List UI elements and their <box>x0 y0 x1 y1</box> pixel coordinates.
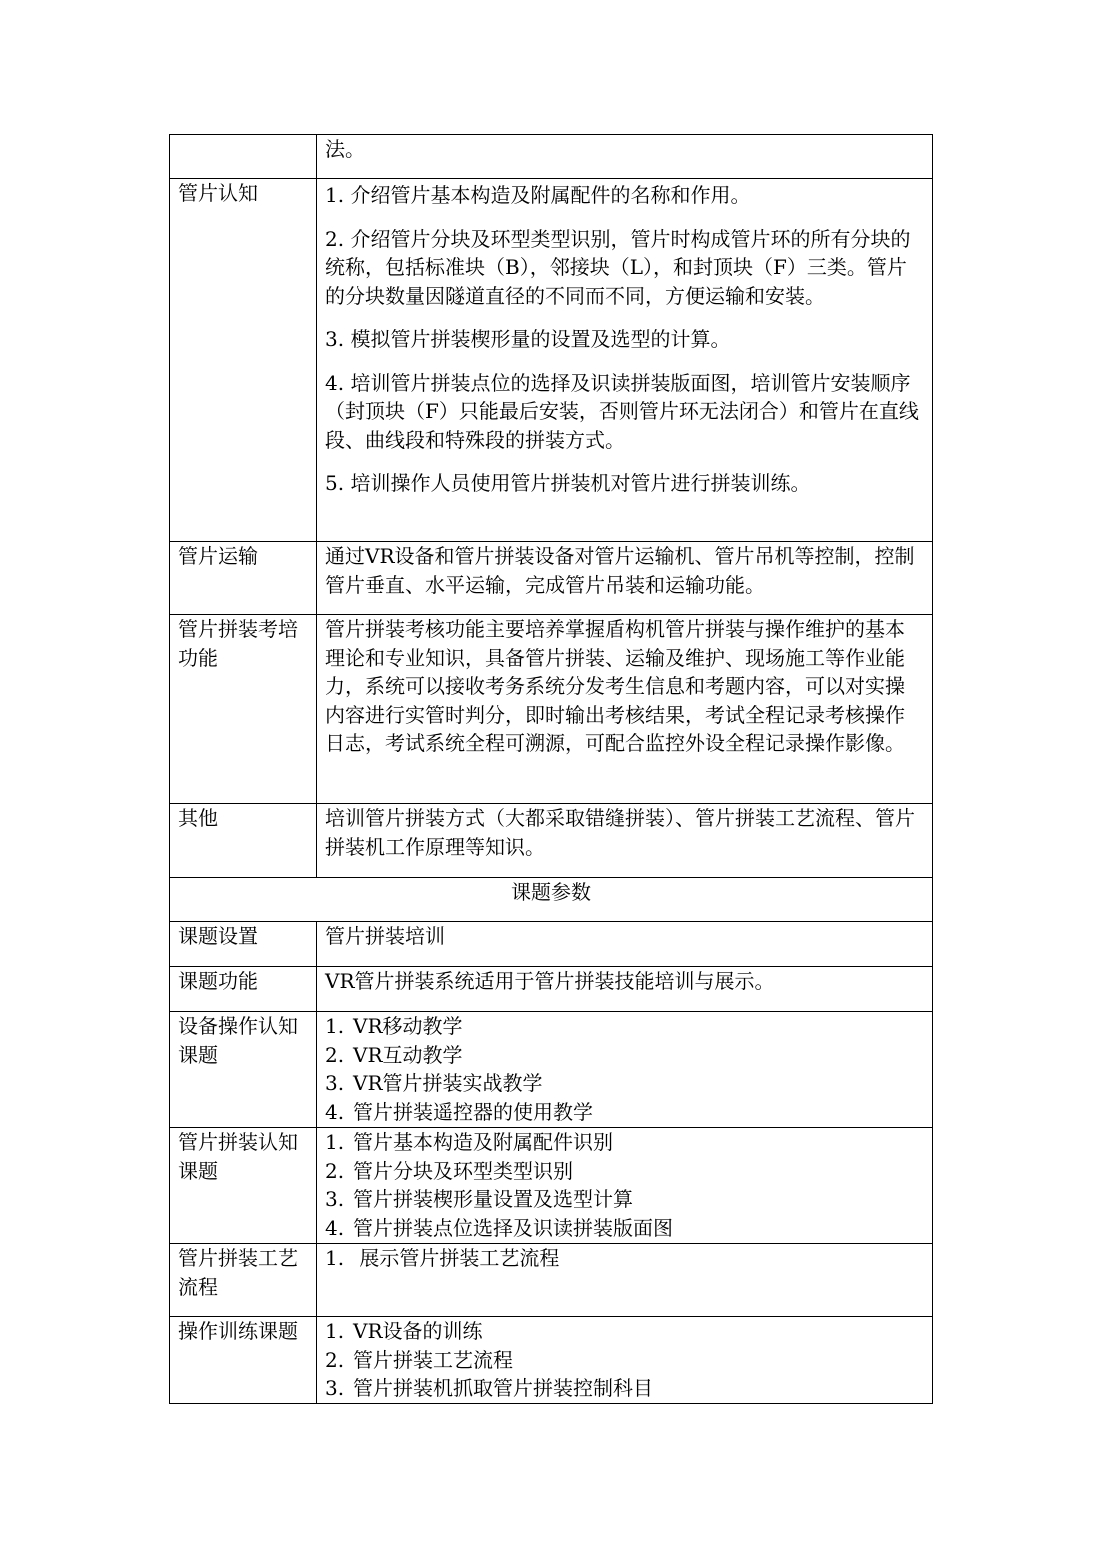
list-number: 2. <box>325 1157 353 1186</box>
row-label <box>170 135 317 179</box>
row-content: 管片拼装考核功能主要培养掌握盾构机管片拼装与操作维护的基本理论和专业知识，具备管… <box>317 615 933 804</box>
paragraph: 法。 <box>325 135 924 164</box>
list-text: 管片拼装楔形量设置及选型计算 <box>353 1187 633 1211</box>
list-text: 管片基本构造及附属配件识别 <box>353 1130 613 1154</box>
row-content: 通过VR设备和管片拼装设备对管片运输机、管片吊机等控制，控制管片垂直、水平运输，… <box>317 542 933 615</box>
list-number: 3. <box>325 1374 353 1403</box>
list-number: 4. <box>325 1214 353 1243</box>
row-label: 其他 <box>170 804 317 878</box>
paragraph: 1. 介绍管片基本构造及附属配件的名称和作用。 <box>325 181 924 210</box>
list-text: 管片拼装点位选择及识读拼装版面图 <box>353 1216 673 1240</box>
paragraph: VR管片拼装系统适用于管片拼装技能培训与展示。 <box>325 967 924 996</box>
row-content: VR管片拼装系统适用于管片拼装技能培训与展示。 <box>317 967 933 1012</box>
list-number: 2. <box>325 1041 353 1070</box>
paragraph: 管片拼装考核功能主要培养掌握盾构机管片拼装与操作维护的基本理论和专业知识，具备管… <box>325 615 924 758</box>
list-number: 1. <box>325 1317 353 1346</box>
list-number: 1. <box>325 1244 353 1273</box>
row-label: 设备操作认知课题 <box>170 1012 317 1128</box>
list-number: 3. <box>325 1185 353 1214</box>
list-number: 4. <box>325 1098 353 1127</box>
table-row: 管片拼装认知课题 1.管片基本构造及附属配件识别 2.管片分块及环型类型识别 3… <box>170 1128 933 1244</box>
list-item: 1. 展示管片拼装工艺流程 <box>325 1244 924 1273</box>
list-number: 2. <box>325 1346 353 1375</box>
row-content: 培训管片拼装方式（大都采取错缝拼装）、管片拼装工艺流程、管片拼装机工作原理等知识… <box>317 804 933 878</box>
table-row: 其他 培训管片拼装方式（大都采取错缝拼装）、管片拼装工艺流程、管片拼装机工作原理… <box>170 804 933 878</box>
list-number: 3. <box>325 1069 353 1098</box>
row-content: 管片拼装培训 <box>317 922 933 967</box>
list-item: 1.VR移动教学 <box>325 1012 924 1041</box>
table-row: 课题设置 管片拼装培训 <box>170 922 933 967</box>
list-item: 1.VR设备的训练 <box>325 1317 924 1346</box>
row-content: 1. 展示管片拼装工艺流程 <box>317 1244 933 1317</box>
row-label: 操作训练课题 <box>170 1317 317 1404</box>
list-item: 3.管片拼装机抓取管片拼装控制科目 <box>325 1374 924 1403</box>
numbered-list: 1.VR移动教学 2.VR互动教学 3.VR管片拼装实战教学 4.管片拼装遥控器… <box>325 1012 924 1127</box>
table-row: 管片拼装考培功能 管片拼装考核功能主要培养掌握盾构机管片拼装与操作维护的基本理论… <box>170 615 933 804</box>
table-row: 管片运输 通过VR设备和管片拼装设备对管片运输机、管片吊机等控制，控制管片垂直、… <box>170 542 933 615</box>
paragraph: 4. 培训管片拼装点位的选择及识读拼装版面图，培训管片安装顺序（封顶块（F）只能… <box>325 369 924 455</box>
table-row: 管片拼装工艺流程 1. 展示管片拼装工艺流程 <box>170 1244 933 1317</box>
list-item: 3.管片拼装楔形量设置及选型计算 <box>325 1185 924 1214</box>
paragraph: 管片拼装培训 <box>325 922 924 951</box>
row-label: 课题设置 <box>170 922 317 967</box>
paragraph: 2. 介绍管片分块及环型类型识别，管片时构成管片环的所有分块的统称，包括标准块（… <box>325 225 924 311</box>
list-number: 1. <box>325 1128 353 1157</box>
row-label: 管片拼装认知课题 <box>170 1128 317 1244</box>
row-content: 1.VR移动教学 2.VR互动教学 3.VR管片拼装实战教学 4.管片拼装遥控器… <box>317 1012 933 1128</box>
table-row: 课题功能 VR管片拼装系统适用于管片拼装技能培训与展示。 <box>170 967 933 1012</box>
table-row: 管片认知 1. 介绍管片基本构造及附属配件的名称和作用。 2. 介绍管片分块及环… <box>170 179 933 542</box>
table-row: 法。 <box>170 135 933 179</box>
list-item: 4.管片拼装遥控器的使用教学 <box>325 1098 924 1127</box>
list-item: 3.VR管片拼装实战教学 <box>325 1069 924 1098</box>
paragraph: 5. 培训操作人员使用管片拼装机对管片进行拼装训练。 <box>325 469 924 498</box>
list-item: 2.VR互动教学 <box>325 1041 924 1070</box>
numbered-list: 1.管片基本构造及附属配件识别 2.管片分块及环型类型识别 3.管片拼装楔形量设… <box>325 1128 924 1243</box>
row-label: 管片拼装工艺流程 <box>170 1244 317 1317</box>
list-item: 2.管片分块及环型类型识别 <box>325 1157 924 1186</box>
list-item: 2.管片拼装工艺流程 <box>325 1346 924 1375</box>
row-content: 1.管片基本构造及附属配件识别 2.管片分块及环型类型识别 3.管片拼装楔形量设… <box>317 1128 933 1244</box>
list-text: 管片拼装工艺流程 <box>353 1348 513 1372</box>
list-text: 管片分块及环型类型识别 <box>353 1159 573 1183</box>
row-content: 1.VR设备的训练 2.管片拼装工艺流程 3.管片拼装机抓取管片拼装控制科目 <box>317 1317 933 1404</box>
table-row: 设备操作认知课题 1.VR移动教学 2.VR互动教学 3.VR管片拼装实战教学 … <box>170 1012 933 1128</box>
numbered-list: 1. 展示管片拼装工艺流程 <box>325 1244 924 1273</box>
list-text: VR互动教学 <box>353 1043 463 1067</box>
numbered-list: 1.VR设备的训练 2.管片拼装工艺流程 3.管片拼装机抓取管片拼装控制科目 <box>325 1317 924 1403</box>
list-number: 1. <box>325 1012 353 1041</box>
row-content: 1. 介绍管片基本构造及附属配件的名称和作用。 2. 介绍管片分块及环型类型识别… <box>317 179 933 542</box>
list-text: VR移动教学 <box>353 1014 463 1038</box>
row-content: 法。 <box>317 135 933 179</box>
list-text: VR设备的训练 <box>353 1319 483 1343</box>
document-page: 法。 管片认知 1. 介绍管片基本构造及附属配件的名称和作用。 2. 介绍管片分… <box>0 0 1102 1559</box>
table-row: 操作训练课题 1.VR设备的训练 2.管片拼装工艺流程 3.管片拼装机抓取管片拼… <box>170 1317 933 1404</box>
paragraph: 3. 模拟管片拼装楔形量的设置及选型的计算。 <box>325 325 924 354</box>
section-title: 课题参数 <box>170 878 933 922</box>
list-item: 4.管片拼装点位选择及识读拼装版面图 <box>325 1214 924 1243</box>
list-item: 1.管片基本构造及附属配件识别 <box>325 1128 924 1157</box>
row-label: 课题功能 <box>170 967 317 1012</box>
list-text: 展示管片拼装工艺流程 <box>353 1246 559 1270</box>
list-text: VR管片拼装实战教学 <box>353 1071 543 1095</box>
spec-table: 法。 管片认知 1. 介绍管片基本构造及附属配件的名称和作用。 2. 介绍管片分… <box>169 134 933 1404</box>
paragraph: 培训管片拼装方式（大都采取错缝拼装）、管片拼装工艺流程、管片拼装机工作原理等知识… <box>325 804 924 861</box>
section-header-row: 课题参数 <box>170 878 933 922</box>
row-label: 管片拼装考培功能 <box>170 615 317 804</box>
list-text: 管片拼装机抓取管片拼装控制科目 <box>353 1376 653 1400</box>
paragraph: 通过VR设备和管片拼装设备对管片运输机、管片吊机等控制，控制管片垂直、水平运输，… <box>325 542 924 599</box>
row-label: 管片认知 <box>170 179 317 542</box>
list-text: 管片拼装遥控器的使用教学 <box>353 1100 593 1124</box>
row-label: 管片运输 <box>170 542 317 615</box>
